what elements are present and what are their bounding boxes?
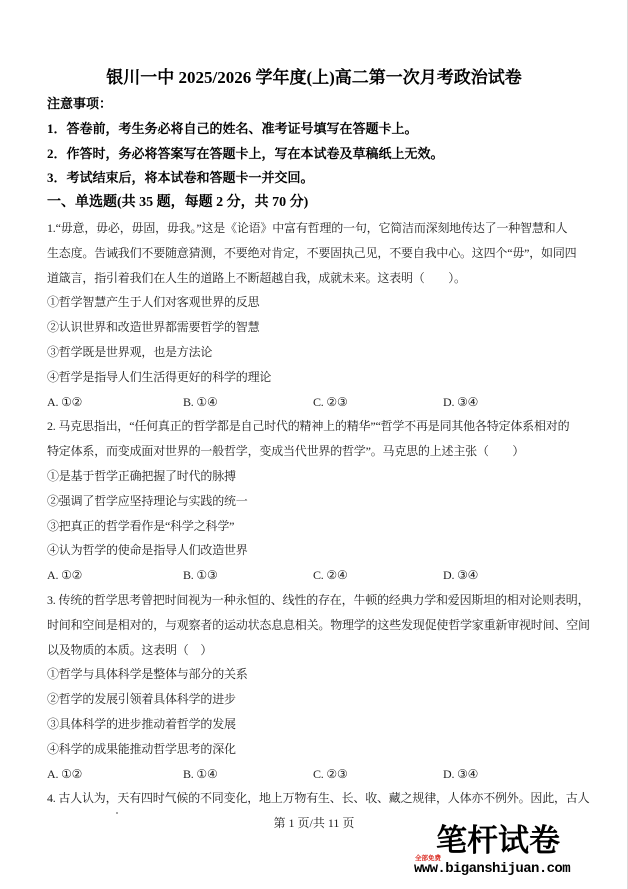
question-2-choice-1: ①是基于哲学正确把握了时代的脉搏 — [47, 464, 581, 489]
section-heading: 一、单选题(共 35 题，每题 2 分，共 70 分) — [47, 191, 581, 216]
notice-item-1: 1．答卷前，考生务必将自己的姓名、准考证号填写在答题卡上。 — [47, 117, 581, 142]
question-3-stem-line: 以及物质的本质。这表明（ ） — [47, 638, 581, 663]
notice-heading: 注意事项： — [47, 92, 581, 117]
watermark-website: www.biganshijuan.com — [414, 861, 590, 877]
question-3-choice-2: ②哲学的发展引领着具体科学的进步 — [47, 687, 581, 712]
question-3-choice-3: ③具体科学的进步推动着哲学的发展 — [47, 712, 581, 737]
question-1-choice-2: ②认识世界和改造世界都需要哲学的智慧 — [47, 315, 581, 340]
scan-speck — [116, 812, 118, 814]
question-1-choice-1: ①哲学智慧产生于人们对客观世界的反思 — [47, 290, 581, 315]
question-3-options-row: A. ①②B. ①④C. ②③D. ③④ — [47, 762, 581, 787]
question-2-option-a: A. ①② — [47, 563, 183, 588]
question-3-stem-line: 3. 传统的哲学思考曾把时间视为一种永恒的、线性的存在，牛顿的经典力学和爱因斯坦… — [47, 588, 581, 613]
question-3-option-c: C. ②③ — [313, 762, 443, 787]
exam-paper-page: 银川一中 2025/2026 学年度(上)高二第一次月考政治试卷 注意事项： 1… — [0, 0, 628, 889]
exam-body: 注意事项： 1．答卷前，考生务必将自己的姓名、准考证号填写在答题卡上。 2．作答… — [47, 92, 581, 836]
question-1-stem-line: 生态度。告诫我们不要随意猜测，不要绝对肯定，不要固执己见，不要自我中心。这四个“… — [47, 241, 581, 266]
question-3-choice-1: ①哲学与具体科学是整体与部分的关系 — [47, 662, 581, 687]
question-1-choice-3: ③哲学既是世界观，也是方法论 — [47, 340, 581, 365]
question-1-option-a: A. ①② — [47, 390, 183, 415]
question-3-stem-line: 时间和空间是相对的，与观察者的运动状态息息相关。物理学的这些发现促使哲学家重新审… — [47, 613, 581, 638]
question-1-option-b: B. ①④ — [183, 390, 313, 415]
question-1-stem-line: 道箴言，指引着我们在人生的道路上不断超越自我，成就未来。这表明（ ）。 — [47, 266, 581, 291]
watermark-tagline: 全部免费 — [415, 855, 441, 862]
question-3-option-b: B. ①④ — [183, 762, 313, 787]
question-2-options-row: A. ①②B. ①③C. ②④D. ③④ — [47, 563, 581, 588]
watermark-brand-text: 笔杆试卷 — [436, 826, 590, 856]
question-2-stem-line: 特定体系，而变成面对世界的一般哲学，变成当代世界的哲学”。马克思的上述主张（ ） — [47, 439, 581, 464]
question-2-choice-4: ④认为哲学的使命是指导人们改造世界 — [47, 538, 581, 563]
question-1-options-row: A. ①②B. ①④C. ②③D. ③④ — [47, 390, 581, 415]
question-2-option-d: D. ③④ — [443, 563, 478, 588]
question-1-option-d: D. ③④ — [443, 390, 478, 415]
question-1-option-c: C. ②③ — [313, 390, 443, 415]
question-1-stem-line: 1.“毋意，毋必，毋固，毋我。”这是《论语》中富有哲理的一句，它简洁而深刻地传达… — [47, 216, 581, 241]
question-2-option-b: B. ①③ — [183, 563, 313, 588]
question-3-option-a: A. ①② — [47, 762, 183, 787]
notice-item-3: 3．考试结束后，将本试卷和答题卡一并交回。 — [47, 166, 581, 191]
exam-title: 银川一中 2025/2026 学年度(上)高二第一次月考政治试卷 — [0, 63, 628, 88]
question-4-stem-line: 4. 古人认为，天有四时气候的不同变化，地上万物有生、长、收、藏之规律，人体亦不… — [47, 786, 581, 811]
question-2-stem-line: 2. 马克思指出，“任何真正的哲学都是自己时代的精神上的精华”“哲学不再是同其他… — [47, 414, 581, 439]
watermark-logo: 笔杆试卷 全部免费 www.biganshijuan.com — [414, 826, 590, 877]
question-1-choice-4: ④哲学是指导人们生活得更好的科学的理论 — [47, 365, 581, 390]
question-3-option-d: D. ③④ — [443, 762, 478, 787]
question-2-choice-2: ②强调了哲学应坚持理论与实践的统一 — [47, 489, 581, 514]
question-2-choice-3: ③把真正的哲学看作是“科学之科学” — [47, 514, 581, 539]
notice-item-2: 2．作答时，务必将答案写在答题卡上，写在本试卷及草稿纸上无效。 — [47, 142, 581, 167]
question-2-option-c: C. ②④ — [313, 563, 443, 588]
question-3-choice-4: ④科学的成果能推动哲学思考的深化 — [47, 737, 581, 762]
